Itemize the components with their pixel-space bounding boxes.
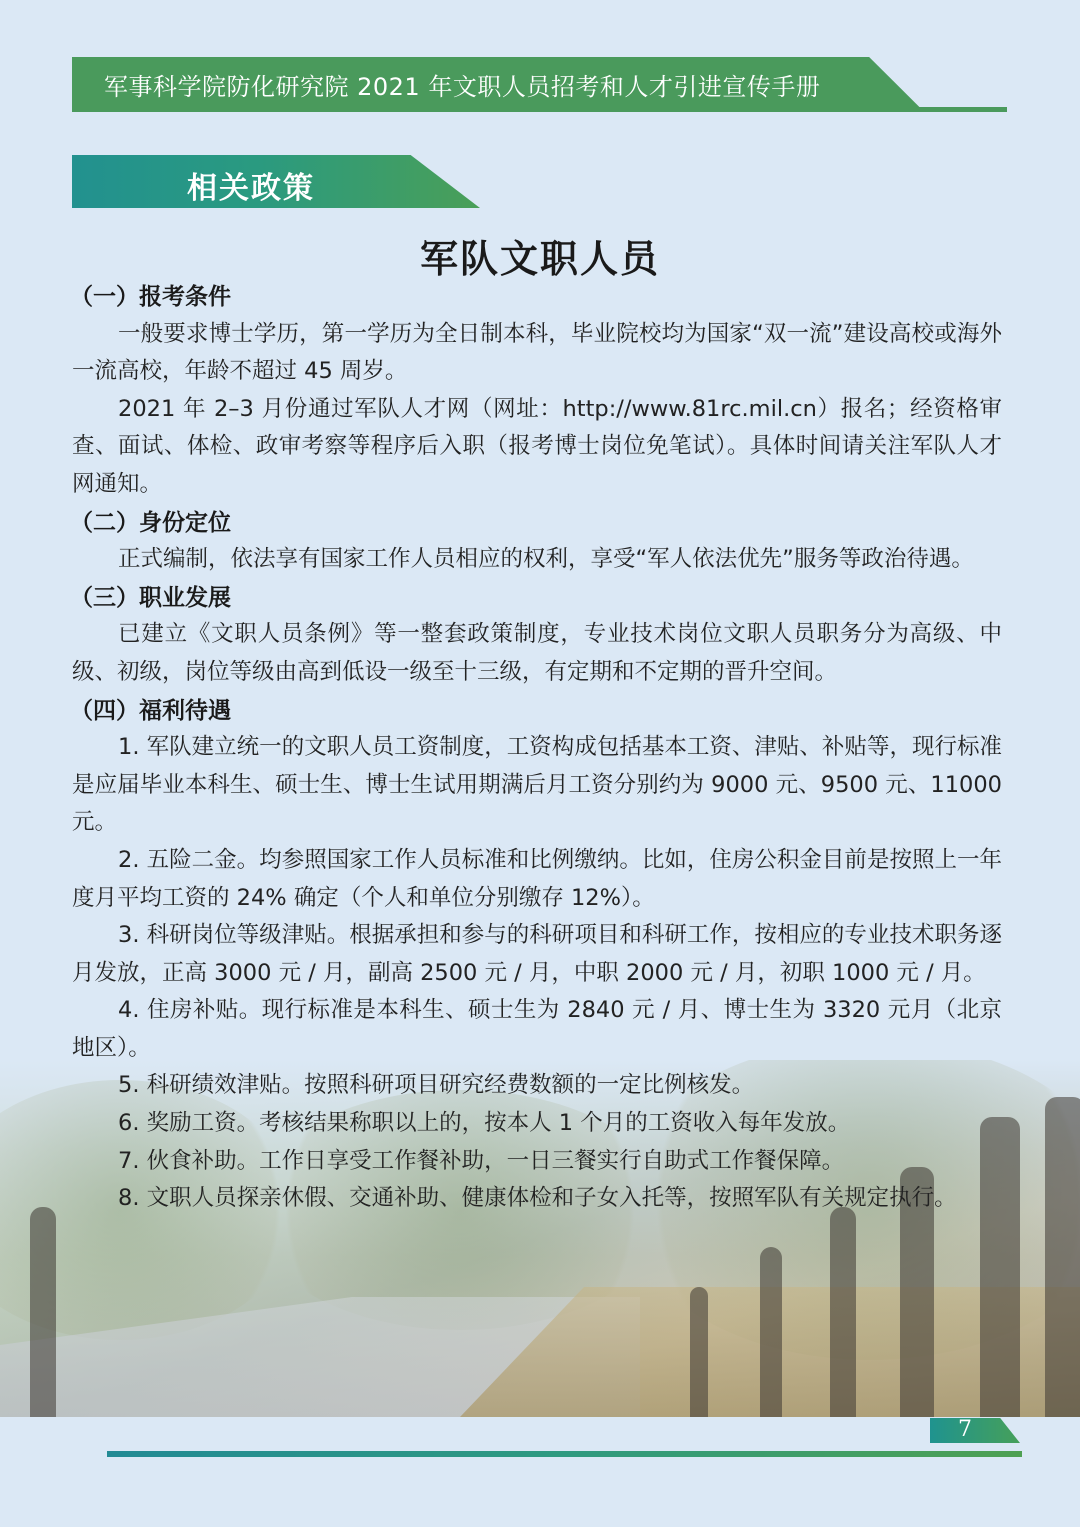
benefit-item: 8. 文职人员探亲休假、交通补助、健康体检和子女入托等，按照军队有关规定执行。	[72, 1180, 1002, 1218]
section-heading: （二）身份定位	[70, 504, 1002, 542]
page-title: 军队文职人员	[0, 228, 1080, 283]
page-number-tab: 7	[930, 1418, 1020, 1443]
page-number: 7	[958, 1417, 972, 1442]
benefit-item: 6. 奖励工资。考核结果称职以上的，按本人 1 个月的工资收入每年发放。	[72, 1105, 1002, 1143]
footer-divider	[107, 1451, 1022, 1457]
section-identity: （二）身份定位 正式编制，依法享有国家工作人员相应的权利，享受“军人依法优先”服…	[72, 504, 1002, 579]
benefit-item: 7. 伙食补助。工作日享受工作餐补助，一日三餐实行自助式工作餐保障。	[72, 1143, 1002, 1181]
top-banner-underline	[72, 107, 1007, 112]
section-tab-label: 相关政策	[187, 163, 315, 207]
section-career-development: （三）职业发展 已建立《文职人员条例》等一整套政策制度，专业技术岗位文职人员职务…	[72, 579, 1002, 692]
section-benefits: （四）福利待遇 1. 军队建立统一的文职人员工资制度，工资构成包括基本工资、津贴…	[72, 692, 1002, 1218]
top-banner: 军事科学院防化研究院 2021 年文职人员招考和人才引进宣传手册	[72, 57, 1007, 112]
benefit-item: 5. 科研绩效津贴。按照科研项目研究经费数额的一定比例核发。	[72, 1067, 1002, 1105]
benefit-item: 1. 军队建立统一的文职人员工资制度，工资构成包括基本工资、津贴、补贴等，现行标…	[72, 729, 1002, 842]
brochure-title: 军事科学院防化研究院 2021 年文职人员招考和人才引进宣传手册	[104, 67, 820, 102]
paragraph: 一般要求博士学历，第一学历为全日制本科，毕业院校均为国家“双一流”建设高校或海外…	[72, 316, 1002, 391]
section-heading: （三）职业发展	[70, 579, 1002, 617]
paragraph: 2021 年 2–3 月份通过军队人才网（网址：http://www.81rc.…	[72, 391, 1002, 504]
benefit-item: 2. 五险二金。均参照国家工作人员标准和比例缴纳。比如，住房公积金目前是按照上一…	[72, 842, 1002, 917]
section-application-requirements: （一）报考条件 一般要求博士学历，第一学历为全日制本科，毕业院校均为国家“双一流…	[72, 278, 1002, 504]
policy-content: （一）报考条件 一般要求博士学历，第一学历为全日制本科，毕业院校均为国家“双一流…	[72, 278, 1002, 1218]
paragraph: 已建立《文职人员条例》等一整套政策制度，专业技术岗位文职人员职务分为高级、中级、…	[72, 616, 1002, 691]
benefit-item: 3. 科研岗位等级津贴。根据承担和参与的科研项目和科研工作，按相应的专业技术职务…	[72, 917, 1002, 992]
paragraph: 正式编制，依法享有国家工作人员相应的权利，享受“军人依法优先”服务等政治待遇。	[72, 541, 1002, 579]
section-heading: （四）福利待遇	[70, 692, 1002, 730]
section-tab: 相关政策	[72, 155, 480, 208]
benefit-item: 4. 住房补贴。现行标准是本科生、硕士生为 2840 元 / 月、博士生为 33…	[72, 992, 1002, 1067]
section-heading: （一）报考条件	[70, 278, 1002, 316]
